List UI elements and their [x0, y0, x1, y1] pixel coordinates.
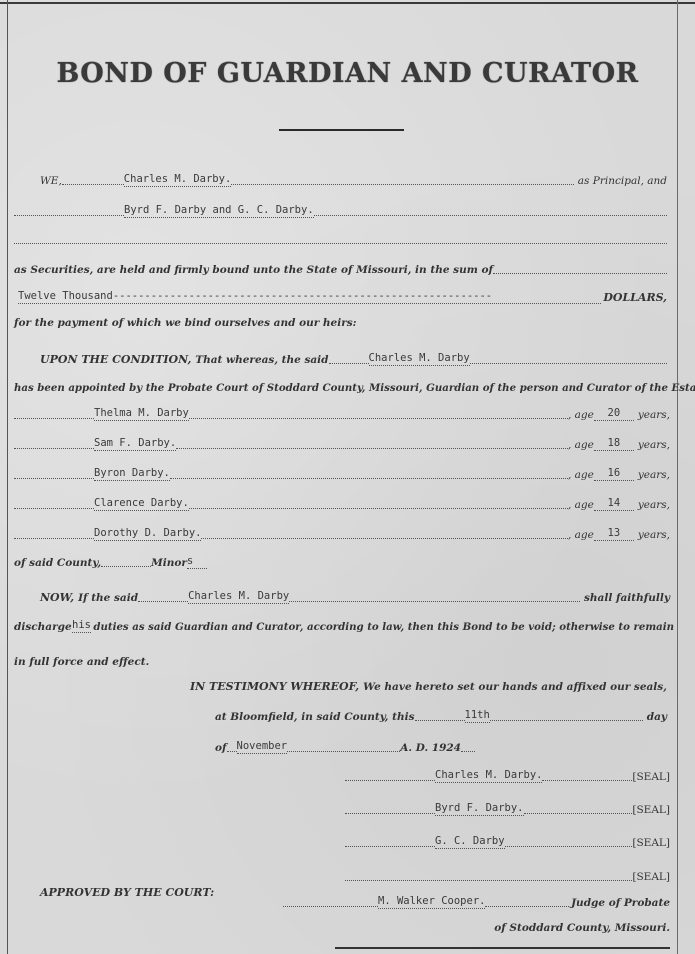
force-line: in full force and effect. [14, 652, 314, 668]
signature-name: G. C. Darby [435, 835, 505, 849]
testimony-text: We have hereto set our hands and affixed… [363, 681, 667, 693]
minor-name: Dorothy D. Darby. [94, 527, 201, 541]
bottom-rule [335, 947, 670, 949]
condition-text: That whereas, the said [195, 354, 328, 366]
amount-line: Twelve Thousand-------------------------… [18, 288, 667, 304]
condition-heading: UPON THE CONDITION, [40, 353, 191, 366]
principal-suffix: as Principal, and [578, 175, 667, 187]
minor-row: Thelma M. Darby , age 20 years, [14, 405, 670, 421]
now-heading: NOW, [40, 591, 74, 604]
seal-label: [SEAL] [632, 771, 670, 783]
principal-name: Charles M. Darby. [124, 173, 231, 187]
now-line: NOW, If the said Charles M. Darby shall … [40, 588, 670, 604]
discharge-label: discharge [14, 621, 72, 633]
approval-label: APPROVED BY THE COURT: [40, 886, 214, 899]
minor-age: 14 [594, 497, 634, 511]
minor-name: Sam F. Darby. [94, 437, 176, 451]
signature-row: Byrd F. Darby. [SEAL] [345, 800, 670, 816]
blank-line [14, 230, 667, 246]
approval-county: of Stoddard County, Missouri. [494, 922, 670, 934]
document-title: BOND OF GUARDIAN AND CURATOR [0, 58, 695, 89]
discharge-line: discharge his duties as said Guardian an… [14, 617, 674, 633]
seal-label: [SEAL] [632, 804, 670, 816]
securities-line: Byrd F. Darby and G. C. Darby. [14, 202, 667, 218]
day-label: day [647, 711, 667, 723]
signature-name: Charles M. Darby. [435, 769, 542, 783]
pronoun: his [72, 619, 92, 633]
place-line: at Bloomfield, in said County, this 11th… [215, 707, 667, 723]
now-text: If the said [78, 592, 138, 604]
principal-line: WE, Charles M. Darby. as Principal, and [40, 171, 667, 187]
county-text: of said County, [14, 557, 101, 569]
ad-label: A. D. 1924 [400, 742, 461, 754]
minor-age: 18 [594, 437, 634, 451]
bond-amount: Twelve Thousand-------------------------… [18, 290, 601, 304]
of-label: of [215, 742, 227, 754]
left-border [7, 0, 8, 954]
signature-row: [SEAL] [345, 867, 670, 883]
minor-name: Clarence Darby. [94, 497, 189, 511]
securities-text-line: as Securities, are held and firmly bound… [14, 260, 667, 276]
minor-name: Thelma M. Darby [94, 407, 189, 421]
county-line: of said County, Minor s [14, 553, 314, 569]
minor-age: 13 [594, 527, 634, 541]
minor-row: Sam F. Darby. , age 18 years, [14, 435, 670, 451]
condition-line: UPON THE CONDITION, That whereas, the sa… [40, 350, 667, 366]
minor-label: Minor [151, 557, 187, 569]
appointment-text: has been appointed by the Probate Court … [14, 382, 695, 394]
county-approval-line: of Stoddard County, Missouri. [440, 918, 670, 934]
minor-age: 16 [594, 467, 634, 481]
appointment-line: has been appointed by the Probate Court … [14, 378, 674, 394]
force-text: in full force and effect. [14, 656, 149, 668]
signature-row: G. C. Darby [SEAL] [345, 833, 670, 849]
payment-text: for the payment of which we bind ourselv… [14, 317, 357, 329]
right-border [677, 0, 678, 954]
top-border [0, 2, 695, 4]
minor-age: 20 [594, 407, 634, 421]
judge-name: M. Walker Cooper. [378, 895, 485, 909]
date-line: of November A. D. 1924 [215, 738, 475, 754]
duties-text: duties as said Guardian and Curator, acc… [93, 621, 674, 633]
document-page: BOND OF GUARDIAN AND CURATOR WE, Charles… [0, 0, 695, 954]
signature-row: Charles M. Darby. [SEAL] [345, 767, 670, 783]
approval-line: APPROVED BY THE COURT: [40, 883, 280, 899]
shall-text: shall faithfully [584, 592, 670, 604]
dollars-label: DOLLARS, [603, 291, 667, 304]
we-label: WE, [40, 175, 62, 187]
minor-name: Byron Darby. [94, 467, 170, 481]
seal-label: [SEAL] [632, 871, 670, 883]
judge-line: M. Walker Cooper. Judge of Probate [283, 893, 670, 909]
signature-name: Byrd F. Darby. [435, 802, 524, 816]
testimony-line: IN TESTIMONY WHEREOF, We have hereto set… [190, 677, 670, 693]
seal-label: [SEAL] [632, 837, 670, 849]
minor-row: Byron Darby. , age 16 years, [14, 465, 670, 481]
title-rule [279, 129, 404, 131]
payment-line: for the payment of which we bind ourselv… [14, 313, 667, 329]
day-value: 11th [465, 709, 490, 723]
place-text: at Bloomfield, in said County, this [215, 711, 415, 723]
now-name: Charles M. Darby [188, 590, 289, 604]
judge-title: Judge of Probate [571, 897, 670, 909]
testimony-heading: IN TESTIMONY WHEREOF, [190, 680, 359, 693]
month-value: November [237, 740, 288, 754]
minor-row: Clarence Darby. , age 14 years, [14, 495, 670, 511]
securities-names: Byrd F. Darby and G. C. Darby. [124, 204, 314, 218]
minor-suffix: s [187, 555, 207, 569]
guardian-name: Charles M. Darby [369, 352, 470, 366]
minor-row: Dorothy D. Darby. , age 13 years, [14, 525, 670, 541]
securities-text: as Securities, are held and firmly bound… [14, 264, 493, 276]
